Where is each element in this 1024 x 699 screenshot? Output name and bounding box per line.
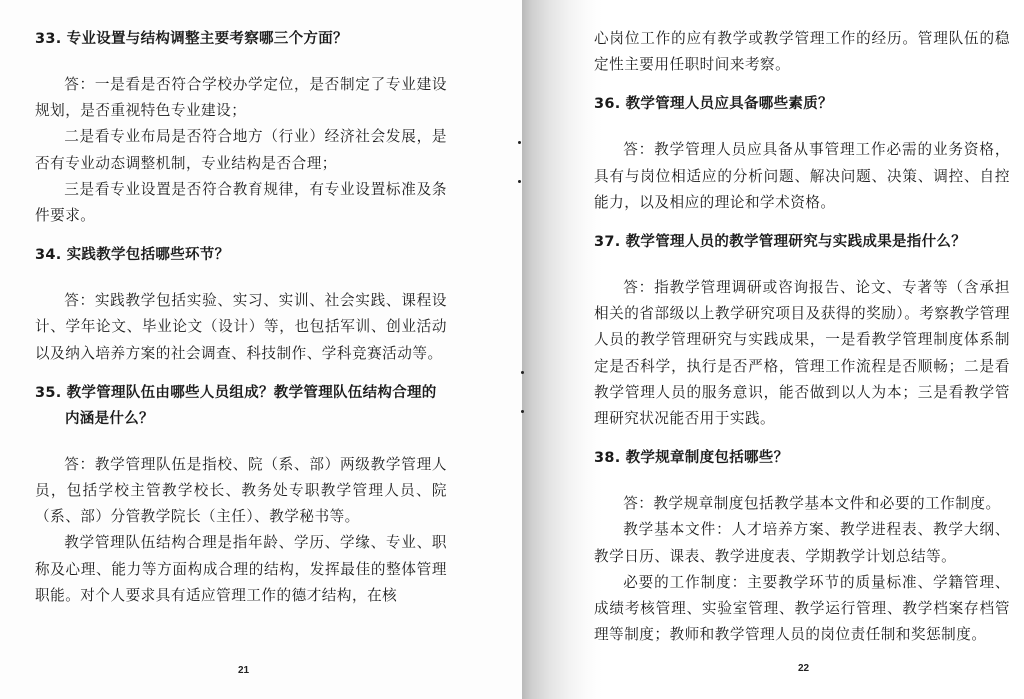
question-text: 实践教学包括哪些环节？ xyxy=(67,247,230,263)
question-heading: 36.教学管理人员应具备哪些素质？ xyxy=(594,91,1010,117)
answer-paragraph: 答：一是看是否符合学校办学定位，是否制定了专业建设规划，是否重视特色专业建设； xyxy=(35,72,447,124)
qa-item-34: 34.实践教学包括哪些环节？ 答：实践教学包括实验、实习、实训、社会实践、课程设… xyxy=(35,242,447,367)
question-text: 教学规章制度包括哪些？ xyxy=(626,450,789,466)
qa-item-38: 38.教学规章制度包括哪些？ 答：教学规章制度包括教学基本文件和必要的工作制度。… xyxy=(594,445,1010,648)
qa-item-35: 35.教学管理队伍由哪些人员组成？教学管理队伍结构合理的内涵是什么？ 答：教学管… xyxy=(35,380,447,609)
page-21: 33.专业设置与结构调整主要考察哪三个方面？ 答：一是看是否符合学校办学定位，是… xyxy=(0,0,522,699)
answer-paragraph: 教学管理队伍结构合理是指年龄、学历、学缘、专业、职称及心理、能力等方面构成合理的… xyxy=(35,530,447,609)
qa-item-33: 33.专业设置与结构调整主要考察哪三个方面？ 答：一是看是否符合学校办学定位，是… xyxy=(35,26,447,229)
question-heading: 35.教学管理队伍由哪些人员组成？教学管理队伍结构合理的内涵是什么？ xyxy=(35,380,447,432)
question-number: 38. xyxy=(594,450,621,466)
page-22-content: 心岗位工作的应有教学或教学管理工作的经历。管理队伍的稳定性主要用任职时间来考察。… xyxy=(594,26,1010,648)
answer-paragraph: 教学基本文件：人才培养方案、教学进程表、教学大纲、教学日历、课表、教学进度表、学… xyxy=(594,517,1010,569)
question-heading: 33.专业设置与结构调整主要考察哪三个方面？ xyxy=(35,26,447,52)
page-number: 22 xyxy=(798,663,809,674)
question-number: 37. xyxy=(594,234,621,250)
question-text: 教学管理人员的教学管理研究与实践成果是指什么？ xyxy=(626,234,966,250)
answer-paragraph: 必要的工作制度：主要教学环节的质量标准、学籍管理、成绩考核管理、实验室管理、教学… xyxy=(594,570,1010,649)
answer-paragraph: 答：教学管理队伍是指校、院（系、部）两级教学管理人员，包括学校主管教学校长、教务… xyxy=(35,452,447,531)
question-number: 33. xyxy=(35,31,62,47)
question-heading: 38.教学规章制度包括哪些？ xyxy=(594,445,1010,471)
scan-speck xyxy=(521,410,524,413)
question-number: 34. xyxy=(35,247,62,263)
book-spread: 33.专业设置与结构调整主要考察哪三个方面？ 答：一是看是否符合学校办学定位，是… xyxy=(0,0,1024,699)
page-21-content: 33.专业设置与结构调整主要考察哪三个方面？ 答：一是看是否符合学校办学定位，是… xyxy=(35,26,447,609)
scan-speck xyxy=(521,371,524,374)
question-number: 35. xyxy=(35,385,62,401)
answer-paragraph: 答：指教学管理调研或咨询报告、论文、专著等（含承担相关的省部级以上教学研究项目及… xyxy=(594,275,1010,432)
page-number: 21 xyxy=(238,665,249,676)
question-heading: 37.教学管理人员的教学管理研究与实践成果是指什么？ xyxy=(594,229,1010,255)
answer-paragraph: 答：实践教学包括实验、实习、实训、社会实践、课程设计、学年论文、毕业论文（设计）… xyxy=(35,288,447,367)
scan-speck xyxy=(518,141,521,144)
answer-paragraph: 三是看专业设置是否符合教育规律，有专业设置标准及条件要求。 xyxy=(35,177,447,229)
page-22: 心岗位工作的应有教学或教学管理工作的经历。管理队伍的稳定性主要用任职时间来考察。… xyxy=(522,0,1024,699)
question-text: 教学管理队伍由哪些人员组成？教学管理队伍结构合理的内涵是什么？ xyxy=(65,385,437,427)
qa-item-37: 37.教学管理人员的教学管理研究与实践成果是指什么？ 答：指教学管理调研或咨询报… xyxy=(594,229,1010,432)
question-number: 36. xyxy=(594,96,621,112)
qa-item-36: 36.教学管理人员应具备哪些素质？ 答：教学管理人员应具备从事管理工作必需的业务… xyxy=(594,91,1010,216)
question-text: 专业设置与结构调整主要考察哪三个方面？ xyxy=(67,31,348,47)
scan-speck xyxy=(518,180,521,183)
question-text: 教学管理人员应具备哪些素质？ xyxy=(626,96,833,112)
answer-paragraph: 二是看专业布局是否符合地方（行业）经济社会发展，是否有专业动态调整机制，专业结构… xyxy=(35,124,447,176)
answer-paragraph: 答：教学管理人员应具备从事管理工作必需的业务资格，具有与岗位相适应的分析问题、解… xyxy=(594,137,1010,216)
continuation-paragraph: 心岗位工作的应有教学或教学管理工作的经历。管理队伍的稳定性主要用任职时间来考察。 xyxy=(594,26,1010,78)
question-heading: 34.实践教学包括哪些环节？ xyxy=(35,242,447,268)
answer-paragraph: 答：教学规章制度包括教学基本文件和必要的工作制度。 xyxy=(594,491,1010,517)
